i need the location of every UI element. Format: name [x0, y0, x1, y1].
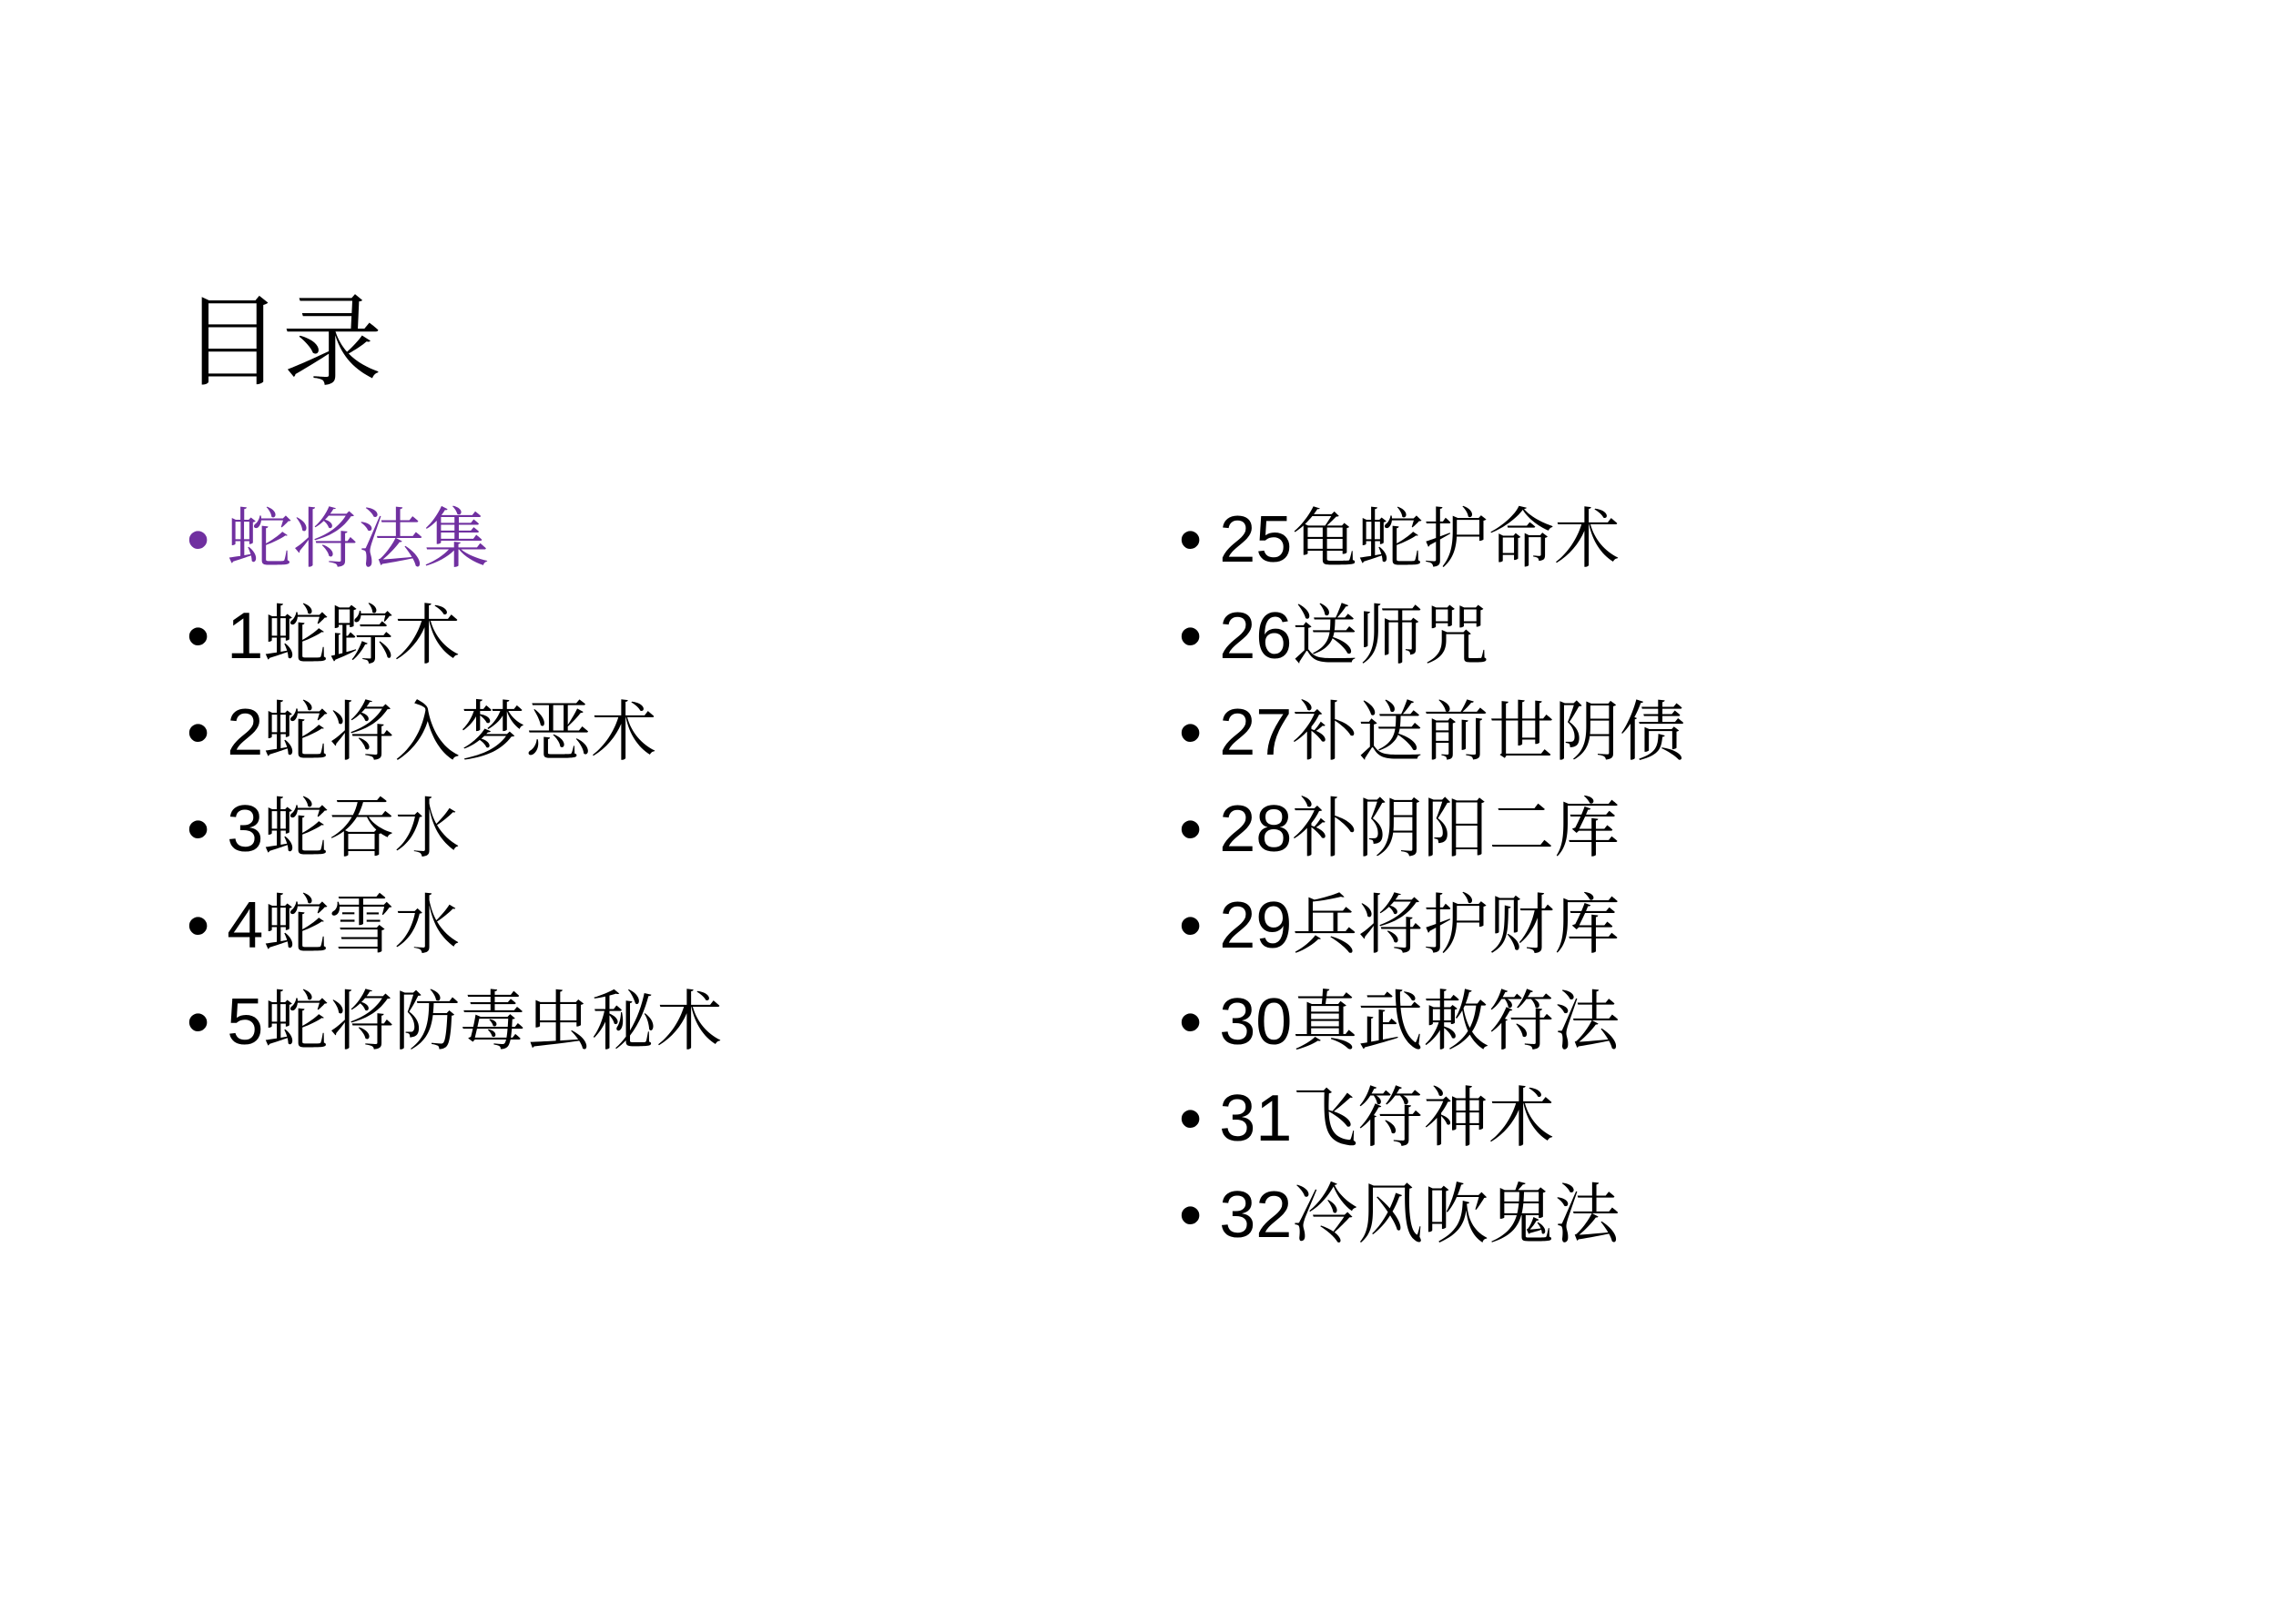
bullet-icon: • [1179, 685, 1202, 781]
bullet-icon: • [187, 685, 209, 781]
toc-left-column: •蛇将法集•1蛇踪术•2蛇将入梦恶术•3蛇吞水•4蛇雪水•5蛇将防毒虫秘术 [187, 492, 1152, 1070]
toc-item: •26送师咒 [1179, 588, 2199, 685]
bullet-icon: • [187, 877, 209, 974]
toc-item-label: 26送师咒 [1219, 600, 1488, 673]
toc-item: •3蛇吞水 [187, 781, 1152, 877]
bullet-icon: • [187, 781, 209, 877]
toc-item-label: 25龟蛇护命术 [1219, 503, 1620, 576]
toc-item: •蛇将法集 [187, 492, 1152, 588]
toc-item: •30真武敕符法 [1179, 974, 2199, 1070]
bullet-icon: • [1179, 974, 1202, 1070]
toc-item-label: 5蛇将防毒虫秘术 [227, 986, 722, 1059]
toc-item-label: 30真武敕符法 [1219, 986, 1620, 1059]
toc-item-label: 2蛇将入梦恶术 [227, 696, 656, 769]
toc-item-label: 32冷风吹鬼法 [1219, 1179, 1620, 1252]
toc-item: •1蛇踪术 [187, 588, 1152, 685]
toc-item-label: 28补阴阳二库 [1219, 793, 1620, 866]
toc-item-label: 4蛇雪水 [227, 889, 460, 962]
bullet-icon: • [187, 588, 209, 685]
toc-item: •27补送前世阴债 [1179, 685, 2199, 781]
slide-canvas: 目录 •蛇将法集•1蛇踪术•2蛇将入梦恶术•3蛇吞水•4蛇雪水•5蛇将防毒虫秘术… [0, 0, 2296, 1623]
bullet-icon: • [1179, 781, 1202, 877]
bullet-icon: • [1179, 877, 1202, 974]
toc-item: •32冷风吹鬼法 [1179, 1167, 2199, 1263]
toc-item: •4蛇雪水 [187, 877, 1152, 974]
toc-item: •25龟蛇护命术 [1179, 492, 2199, 588]
toc-item-label: 29兵将护财库 [1219, 889, 1620, 962]
toc-right-column: •25龟蛇护命术•26送师咒•27补送前世阴债•28补阴阳二库•29兵将护财库•… [1179, 492, 2199, 1263]
bullet-icon: • [187, 492, 209, 588]
toc-link-active[interactable]: 蛇将法集 [227, 503, 489, 576]
toc-item-label: 3蛇吞水 [227, 793, 460, 866]
toc-item: •2蛇将入梦恶术 [187, 685, 1152, 781]
toc-item-label: 31飞符神术 [1219, 1082, 1554, 1155]
bullet-icon: • [1179, 588, 1202, 685]
bullet-icon: • [1179, 1167, 1202, 1263]
bullet-icon: • [187, 974, 209, 1070]
toc-item: •31飞符神术 [1179, 1070, 2199, 1167]
bullet-icon: • [1179, 1070, 1202, 1167]
page-title: 目录 [182, 288, 382, 398]
bullet-icon: • [1179, 492, 1202, 588]
toc-item-label: 27补送前世阴债 [1219, 696, 1685, 769]
toc-item: •29兵将护财库 [1179, 877, 2199, 974]
toc-item: •28补阴阳二库 [1179, 781, 2199, 877]
toc-item: •5蛇将防毒虫秘术 [187, 974, 1152, 1070]
toc-item-label: 1蛇踪术 [227, 600, 460, 673]
